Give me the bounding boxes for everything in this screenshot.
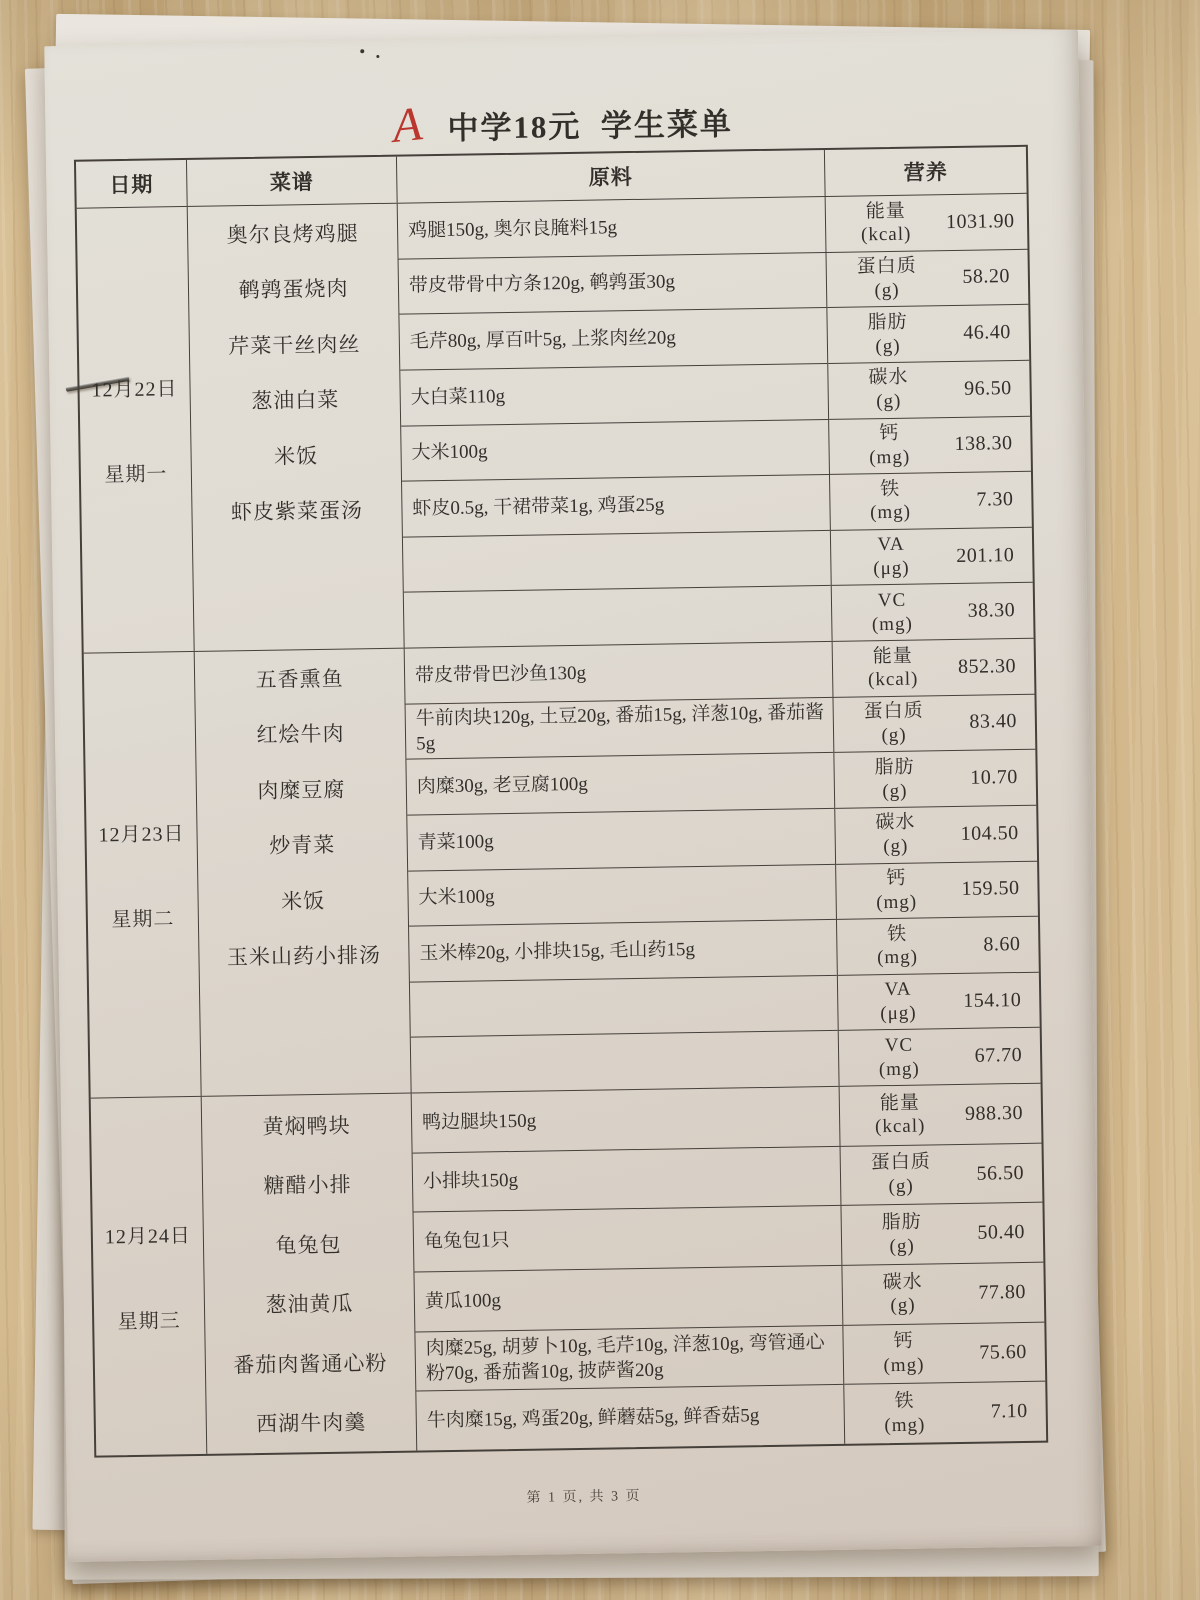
- ingredient-text: 黄瓜100g: [425, 1288, 501, 1314]
- date-text: 12月23日: [98, 817, 184, 847]
- menu-column: 奥尔良烤鸡腿鹌鹑蛋烧肉芹菜干丝肉丝葱油白菜米饭虾皮紫菜蛋汤: [187, 204, 404, 651]
- nutrient-label: 钙(mg): [836, 866, 957, 915]
- dish-label: 虾皮紫菜蛋汤: [231, 495, 363, 527]
- ingredient-text: 小排块150g: [423, 1168, 518, 1195]
- nutrient-label: 脂肪(g): [827, 310, 948, 359]
- nutrient-value: 77.80: [963, 1281, 1044, 1305]
- day-block: 12月22日星期一奥尔良烤鸡腿鹌鹑蛋烧肉芹菜干丝肉丝葱油白菜米饭虾皮紫菜蛋汤鸡腿…: [77, 193, 1034, 653]
- nutrient-cell: 能量(kcal)1031.90: [826, 194, 1028, 252]
- nutrient-cell: 蛋白质(g)56.50: [841, 1142, 1043, 1205]
- nutrient-value: 58.20: [947, 265, 1028, 289]
- nutrient-unit: (g): [875, 334, 901, 358]
- ingredient-cell: 小排块150g: [413, 1146, 841, 1212]
- nutrient-value: 138.30: [949, 432, 1030, 456]
- nutrient-label: 铁(mg): [844, 1389, 965, 1438]
- nutrient-cell: 碳水(g)77.80: [842, 1262, 1044, 1325]
- nutrient-label: 钙(mg): [829, 421, 950, 470]
- menu-paper: A 中学18元 学生菜单 日期 菜谱 原料 营养 12月22日星期一奥尔良烤鸡腿…: [44, 30, 1102, 1562]
- dish-label: 炒青菜: [269, 829, 335, 860]
- nutrient-name: 能量: [873, 644, 913, 668]
- nutrient-cell: 钙(mg)138.30: [829, 415, 1031, 474]
- nutrient-cell: VC(mg)38.30: [832, 582, 1034, 641]
- nutrient-cell: 碳水(g)104.50: [835, 805, 1037, 864]
- weekday-text: 星期二: [111, 902, 174, 932]
- nutrient-value: 46.40: [948, 321, 1029, 345]
- nutrient-value: 67.70: [959, 1044, 1040, 1068]
- dust-speck: [360, 49, 364, 53]
- ingredient-cell: 大米100g: [401, 418, 829, 480]
- nutrient-value: 83.40: [954, 710, 1035, 734]
- nutrient-label: 能量(kcal): [826, 199, 947, 248]
- nutrient-value: 96.50: [948, 376, 1029, 400]
- nutrient-label: 脂肪(g): [834, 755, 955, 804]
- ingredient-text: 大米100g: [418, 885, 494, 911]
- ingredient-cell: [411, 1030, 839, 1092]
- menu-column: 五香熏鱼红烩牛肉肉糜豆腐炒青菜米饭玉米山药小排汤: [194, 649, 411, 1096]
- ingredients-column: 鸡腿150g, 奥尔良腌料15g带皮带骨中方条120g, 鹌鹑蛋30g毛芹80g…: [397, 197, 832, 648]
- date-cell: 12月24日星期三: [91, 1097, 207, 1456]
- ingredients-column: 鸭边腿块150g小排块150g龟兔包1只黄瓜100g肉糜25g, 胡萝卜10g,…: [411, 1087, 845, 1451]
- nutrient-value: 7.10: [965, 1400, 1046, 1424]
- ingredient-cell: 肉糜30g, 老豆腐100g: [406, 752, 834, 814]
- dish-label: 五香熏鱼: [255, 662, 343, 693]
- nutrient-label: VA(μg): [838, 977, 959, 1026]
- nutrient-name: 钙: [886, 867, 906, 891]
- dish-cell: [193, 537, 403, 596]
- ingredient-cell: 带皮带骨中方条120g, 鹌鹑蛋30g: [399, 252, 827, 314]
- dish-cell: 鹌鹑蛋烧肉: [189, 259, 399, 318]
- nutrient-label: 铁(mg): [830, 477, 951, 526]
- ingredient-cell: 龟兔包1只: [414, 1205, 842, 1271]
- nutrient-unit: (kcal): [861, 223, 912, 248]
- dish-label: 肉糜豆腐: [257, 773, 345, 804]
- nutrient-label: 碳水(g): [843, 1270, 964, 1319]
- nutrient-name: 碳水: [875, 811, 915, 835]
- dish-label: 番茄肉酱通心粉: [233, 1347, 387, 1379]
- ingredient-cell: 玉米棒20g, 小排块15g, 毛山药15g: [409, 919, 837, 981]
- ingredient-text: 大白菜110g: [411, 384, 506, 411]
- nutrient-value: 104.50: [955, 821, 1036, 845]
- dish-label: 玉米山药小排汤: [227, 939, 381, 971]
- page-title: 中学18元 学生菜单: [447, 98, 733, 147]
- nutrient-name: 能量: [866, 199, 906, 223]
- nutrient-name: 蛋白质: [871, 1151, 931, 1176]
- nutrient-cell: 能量(kcal)988.30: [840, 1084, 1042, 1146]
- dish-cell: 红烩牛肉: [196, 704, 406, 763]
- nutrient-value: 8.60: [957, 933, 1038, 957]
- nutrient-unit: (g): [881, 724, 907, 748]
- dish-label: 龟兔包: [275, 1228, 341, 1259]
- nutrient-label: VC(mg): [839, 1033, 960, 1082]
- day-block: 12月23日星期二五香熏鱼红烩牛肉肉糜豆腐炒青菜米饭玉米山药小排汤带皮带骨巴沙鱼…: [84, 638, 1041, 1098]
- nutrient-name: 脂肪: [874, 755, 914, 779]
- nutrient-unit: (g): [883, 835, 909, 859]
- ingredient-cell: [410, 975, 838, 1037]
- dish-label: 糖醋小排: [263, 1169, 351, 1200]
- nutrient-value: 159.50: [956, 877, 1037, 901]
- nutrient-name: 铁: [880, 478, 900, 502]
- nutrient-label: 碳水(g): [828, 365, 949, 414]
- nutrient-name: VC: [878, 589, 907, 613]
- nutrient-name: 脂肪: [882, 1210, 922, 1234]
- ingredient-cell: 毛芹80g, 厚百叶5g, 上浆肉丝20g: [399, 307, 827, 369]
- nutrient-name: 铁: [894, 1390, 914, 1414]
- table-days: 12月22日星期一奥尔良烤鸡腿鹌鹑蛋烧肉芹菜干丝肉丝葱油白菜米饭虾皮紫菜蛋汤鸡腿…: [77, 193, 1046, 1456]
- page-footer: 第 1 页, 共 3 页: [67, 1478, 1101, 1514]
- header-menu: 菜谱: [186, 157, 397, 206]
- ingredient-text: 牛肉糜15g, 鸡蛋20g, 鲜蘑菇5g, 鲜香菇5g: [427, 1403, 760, 1433]
- nutrient-name: 蛋白质: [857, 255, 917, 280]
- nutrient-unit: (mg): [876, 890, 917, 914]
- nutrient-value: 988.30: [960, 1102, 1041, 1126]
- ingredient-cell: [403, 530, 831, 592]
- nutrient-cell: 铁(mg)7.30: [830, 471, 1032, 530]
- nutrient-name: 脂肪: [867, 310, 907, 334]
- dish-cell: 番茄肉酱通心粉: [205, 1332, 415, 1395]
- header-date: 日期: [76, 160, 187, 208]
- nutrient-value: 10.70: [955, 766, 1036, 790]
- nutrient-cell: 脂肪(g)46.40: [827, 304, 1029, 363]
- nutrient-label: 蛋白质(g): [841, 1150, 962, 1199]
- nutrient-unit: (mg): [870, 501, 911, 525]
- nutrient-cell: 蛋白质(g)83.40: [833, 693, 1035, 752]
- nutrition-column: 能量(kcal)1031.90蛋白质(g)58.20脂肪(g)46.40碳水(g…: [825, 194, 1034, 641]
- handwritten-grade-mark: A: [390, 100, 424, 151]
- ingredient-cell: [404, 585, 832, 647]
- nutrient-cell: 铁(mg)7.10: [844, 1381, 1046, 1444]
- dish-cell: 黄焖鸭块: [202, 1094, 412, 1157]
- dish-label: 葱油白菜: [251, 384, 339, 415]
- dish-cell: 奥尔良烤鸡腿: [188, 204, 398, 263]
- ingredient-cell: 肉糜25g, 胡萝卜10g, 毛芹10g, 洋葱10g, 弯管通心粉70g, 番…: [415, 1325, 843, 1391]
- dish-cell: 米饭: [191, 426, 401, 485]
- nutrient-name: 钙: [893, 1330, 913, 1354]
- nutrient-label: VC(mg): [832, 588, 953, 637]
- nutrient-name: 碳水: [882, 1270, 922, 1294]
- ingredient-cell: 带皮带骨巴沙鱼130g: [405, 642, 833, 703]
- dish-cell: 芹菜干丝肉丝: [189, 315, 399, 374]
- ingredient-cell: 鸡腿150g, 奥尔良腌料15g: [398, 197, 826, 258]
- nutrient-label: 蛋白质(g): [834, 699, 955, 748]
- nutrient-label: 碳水(g): [835, 810, 956, 859]
- nutrient-label: VA(μg): [831, 532, 952, 581]
- nutrient-name: VA: [877, 533, 904, 557]
- ingredient-text: 带皮带骨巴沙鱼130g: [415, 661, 586, 689]
- dish-label: 鹌鹑蛋烧肉: [238, 273, 348, 305]
- nutrient-name: 蛋白质: [864, 700, 924, 725]
- dish-cell: 五香熏鱼: [195, 649, 405, 708]
- dish-cell: 龟兔包: [204, 1213, 414, 1276]
- ingredient-cell: 大白菜110g: [400, 363, 828, 425]
- nutrient-value: 154.10: [958, 988, 1039, 1012]
- nutrient-name: VA: [884, 978, 911, 1002]
- nutrient-label: 铁(mg): [837, 922, 958, 971]
- nutrition-column: 能量(kcal)852.30蛋白质(g)83.40脂肪(g)10.70碳水(g)…: [832, 639, 1041, 1086]
- nutrient-cell: 脂肪(g)10.70: [834, 749, 1036, 808]
- nutrient-value: 7.30: [950, 488, 1031, 512]
- nutrient-value: 852.30: [953, 655, 1034, 679]
- dish-cell: 玉米山药小排汤: [199, 926, 409, 985]
- dish-label: 奥尔良烤鸡腿: [226, 217, 358, 249]
- ingredient-text: 毛芹80g, 厚百叶5g, 上浆肉丝20g: [410, 325, 676, 354]
- nutrient-cell: 蛋白质(g)58.20: [826, 248, 1028, 307]
- menu-table: 日期 菜谱 原料 营养 12月22日星期一奥尔良烤鸡腿鹌鹑蛋烧肉芹菜干丝肉丝葱油…: [74, 145, 1048, 1458]
- ingredient-text: 龟兔包1只: [424, 1228, 510, 1254]
- dish-cell: 葱油白菜: [190, 370, 400, 429]
- nutrient-name: 铁: [887, 922, 907, 946]
- header-ingredients: 原料: [396, 150, 825, 203]
- dish-label: 西湖牛肉羹: [256, 1407, 366, 1439]
- ingredient-text: 鸭边腿块150g: [422, 1108, 536, 1135]
- nutrient-value: 1031.90: [946, 210, 1033, 234]
- nutrient-name: 碳水: [868, 366, 908, 390]
- nutrient-label: 能量(kcal): [833, 644, 954, 693]
- dish-cell: 炒青菜: [197, 815, 407, 874]
- dish-cell: 糖醋小排: [203, 1153, 413, 1216]
- dish-label: 米饭: [274, 440, 318, 471]
- nutrition-column: 能量(kcal)988.30蛋白质(g)56.50脂肪(g)50.40碳水(g)…: [839, 1084, 1047, 1444]
- nutrient-unit: (kcal): [875, 1115, 926, 1140]
- nutrient-value: 75.60: [964, 1340, 1045, 1364]
- dish-cell: 葱油黄瓜: [204, 1272, 414, 1335]
- nutrient-unit: (g): [874, 279, 900, 303]
- nutrient-unit: (μg): [880, 1002, 917, 1026]
- ingredient-cell: 青菜100g: [407, 808, 835, 870]
- ingredient-text: 牛前肉块120g, 土豆20g, 番茄15g, 洋葱10g, 番茄酱5g: [416, 700, 826, 757]
- nutrient-unit: (g): [889, 1234, 915, 1258]
- day-block: 12月24日星期三黄焖鸭块糖醋小排龟兔包葱油黄瓜番茄肉酱通心粉西湖牛肉羹鸭边腿块…: [91, 1083, 1047, 1456]
- nutrient-unit: (mg): [869, 445, 910, 469]
- nutrient-cell: 钙(mg)75.60: [843, 1321, 1045, 1384]
- date-cell: 12月22日星期一: [77, 207, 194, 653]
- dish-cell: 西湖牛肉羹: [206, 1391, 416, 1454]
- ingredient-text: 肉糜25g, 胡萝卜10g, 毛芹10g, 洋葱10g, 弯管通心粉70g, 番…: [425, 1330, 835, 1387]
- ingredient-cell: 鸭边腿块150g: [412, 1087, 840, 1152]
- nutrient-unit: (g): [890, 1294, 916, 1318]
- nutrient-unit: (mg): [879, 1057, 920, 1081]
- date-text: 12月22日: [91, 372, 177, 402]
- ingredient-cell: 虾皮0.5g, 干裙带菜1g, 鸡蛋25g: [402, 474, 830, 536]
- weekday-text: 星期一: [104, 457, 167, 487]
- nutrient-name: 能量: [880, 1091, 920, 1115]
- dust-speck: [376, 55, 379, 58]
- ingredient-text: 大米100g: [411, 440, 487, 466]
- ingredient-cell: 大米100g: [408, 863, 836, 925]
- nutrient-cell: VA(μg)154.10: [838, 971, 1040, 1030]
- ingredient-text: 玉米棒20g, 小排块15g, 毛山药15g: [419, 937, 695, 966]
- nutrient-cell: 碳水(g)96.50: [828, 360, 1030, 419]
- nutrient-name: VC: [885, 1034, 914, 1058]
- dish-cell: [201, 1037, 411, 1096]
- dish-cell: [194, 592, 404, 651]
- nutrient-label: 蛋白质(g): [827, 254, 948, 303]
- ingredient-text: 肉糜30g, 老豆腐100g: [417, 772, 588, 800]
- dish-label: 黄焖鸭块: [262, 1109, 350, 1140]
- dish-label: 芹菜干丝肉丝: [228, 328, 360, 360]
- dish-label: 米饭: [281, 885, 325, 916]
- dish-cell: [200, 982, 410, 1041]
- dish-label: 红烩牛肉: [256, 718, 344, 749]
- nutrient-label: 能量(kcal): [840, 1091, 961, 1140]
- nutrient-label: 脂肪(g): [842, 1210, 963, 1259]
- nutrient-value: 201.10: [951, 543, 1032, 567]
- nutrient-unit: (kcal): [868, 668, 919, 693]
- header-nutrition: 营养: [824, 147, 1027, 196]
- dish-cell: 虾皮紫菜蛋汤: [192, 481, 402, 540]
- nutrient-unit: (mg): [872, 612, 913, 636]
- dish-cell: 米饭: [198, 871, 408, 930]
- date-text: 12月24日: [105, 1219, 191, 1249]
- menu-column: 黄焖鸭块糖醋小排龟兔包葱油黄瓜番茄肉酱通心粉西湖牛肉羹: [201, 1094, 417, 1454]
- ingredient-text: 青菜100g: [418, 829, 494, 855]
- nutrient-unit: (mg): [877, 946, 918, 970]
- nutrient-name: 钙: [879, 422, 899, 446]
- ingredient-text: 虾皮0.5g, 干裙带菜1g, 鸡蛋25g: [412, 492, 664, 521]
- nutrient-value: 50.40: [962, 1221, 1043, 1245]
- nutrient-unit: (mg): [884, 1413, 925, 1437]
- nutrient-unit: (g): [888, 1175, 914, 1199]
- nutrient-cell: VC(mg)67.70: [839, 1027, 1041, 1086]
- weekday-text: 星期三: [117, 1304, 180, 1334]
- dish-label: 葱油黄瓜: [265, 1288, 353, 1319]
- nutrient-unit: (μg): [873, 557, 910, 581]
- ingredient-text: 鸡腿150g, 奥尔良腌料15g: [408, 215, 617, 243]
- nutrient-cell: 铁(mg)8.60: [837, 916, 1039, 975]
- nutrient-unit: (mg): [883, 1354, 924, 1378]
- nutrient-unit: (g): [876, 390, 902, 414]
- nutrient-cell: 脂肪(g)50.40: [841, 1202, 1043, 1265]
- nutrient-value: 38.30: [952, 599, 1033, 623]
- ingredient-text: 带皮带骨中方条120g, 鹌鹑蛋30g: [409, 270, 675, 299]
- ingredient-cell: 牛肉糜15g, 鸡蛋20g, 鲜蘑菇5g, 鲜香菇5g: [416, 1384, 844, 1450]
- nutrient-unit: (g): [882, 779, 908, 803]
- dish-cell: 肉糜豆腐: [196, 760, 406, 819]
- nutrient-cell: 钙(mg)159.50: [836, 860, 1038, 919]
- nutrient-cell: VA(μg)201.10: [831, 527, 1033, 586]
- ingredient-cell: 黄瓜100g: [414, 1265, 842, 1331]
- nutrient-label: 钙(mg): [843, 1329, 964, 1378]
- nutrient-value: 56.50: [961, 1161, 1042, 1185]
- nutrient-cell: 能量(kcal)852.30: [833, 639, 1035, 697]
- date-cell: 12月23日星期二: [84, 652, 201, 1098]
- ingredients-column: 带皮带骨巴沙鱼130g牛前肉块120g, 土豆20g, 番茄15g, 洋葱10g…: [404, 642, 839, 1093]
- ingredient-cell: 牛前肉块120g, 土豆20g, 番茄15g, 洋葱10g, 番茄酱5g: [406, 697, 834, 759]
